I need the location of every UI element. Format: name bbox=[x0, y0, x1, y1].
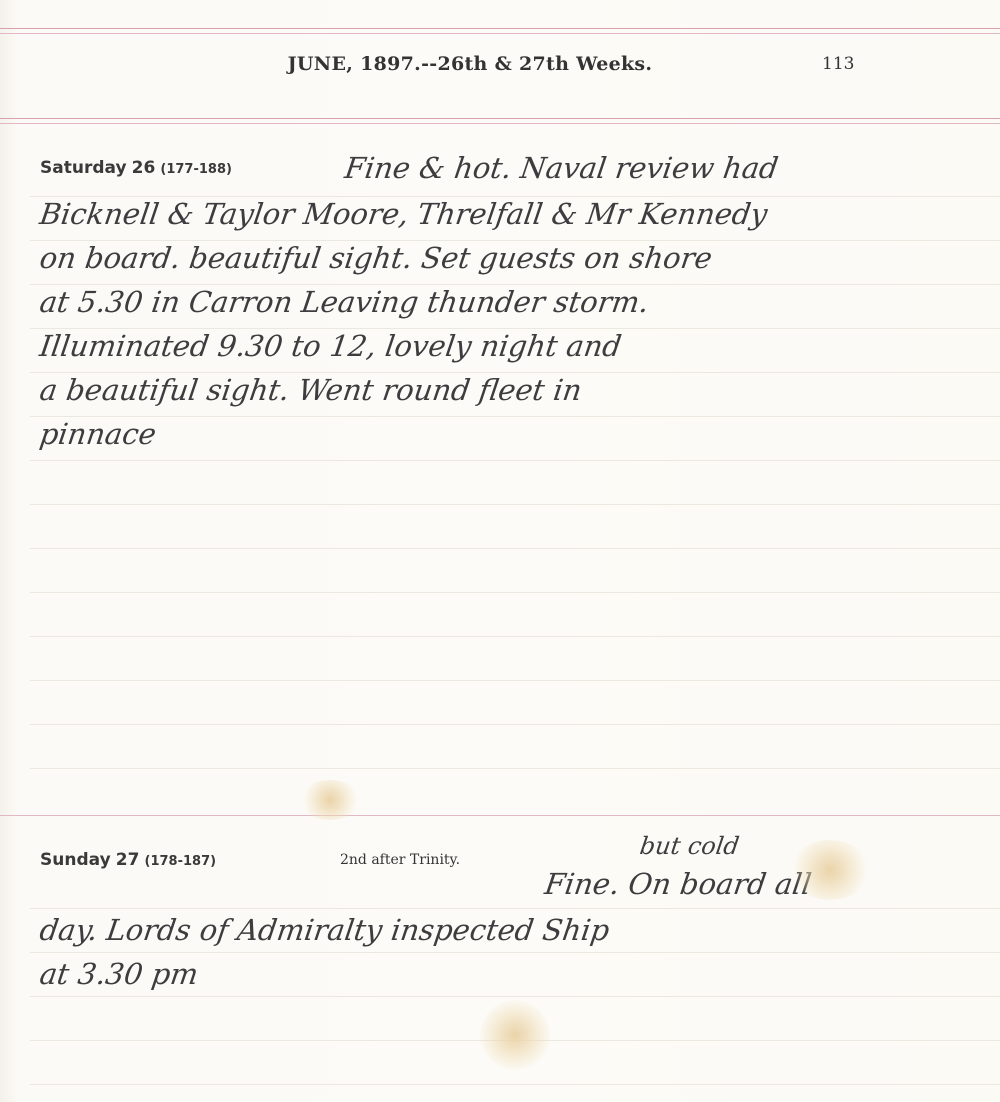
page-title: JUNE, 1897.--26th & 27th Weeks. bbox=[200, 53, 740, 75]
handwriting-line: day. Lords of Admiralty inspected Ship bbox=[37, 912, 611, 948]
handwriting-note: but cold bbox=[637, 828, 741, 864]
ruled-line bbox=[30, 504, 1000, 505]
ruled-line bbox=[30, 416, 1000, 417]
handwriting-line: Illuminated 9.30 to 12, lovely night and bbox=[37, 328, 623, 364]
header-red-rule bbox=[0, 118, 1000, 119]
entry-sunday-label: Sunday 27 (178-187) bbox=[40, 850, 216, 870]
day-name: Saturday bbox=[40, 158, 127, 178]
handwriting-line: Bicknell & Taylor Moore, Threlfall & Mr … bbox=[37, 196, 769, 232]
ruled-line bbox=[30, 768, 1000, 769]
ruled-line bbox=[30, 908, 1000, 909]
day-name: Sunday bbox=[40, 850, 111, 870]
header-red-rule-2 bbox=[0, 123, 1000, 124]
handwriting-line: at 3.30 pm bbox=[37, 956, 200, 992]
handwriting-line: a beautiful sight. Went round fleet in bbox=[37, 372, 584, 408]
ruled-line bbox=[30, 548, 1000, 549]
feast-label: 2nd after Trinity. bbox=[340, 852, 460, 868]
day-date: 27 bbox=[116, 850, 140, 870]
paper-stain bbox=[300, 780, 360, 820]
handwriting-line: Fine. On board all bbox=[542, 866, 813, 902]
ruled-line bbox=[30, 636, 1000, 637]
top-red-rule-2 bbox=[0, 33, 1000, 34]
ruled-line bbox=[30, 996, 1000, 997]
top-red-rule bbox=[0, 28, 1000, 29]
day-date: 26 bbox=[132, 158, 156, 178]
diary-page: JUNE, 1897.--26th & 27th Weeks. 113 Satu… bbox=[0, 0, 1000, 1102]
handwriting-line: at 5.30 in Carron Leaving thunder storm. bbox=[37, 284, 651, 320]
paper-stain bbox=[480, 1000, 550, 1070]
day-range: (178-187) bbox=[145, 854, 217, 869]
handwriting-line: Fine & hot. Naval review had bbox=[342, 150, 780, 186]
handwriting-line: pinnace bbox=[37, 416, 158, 452]
ruled-line bbox=[30, 680, 1000, 681]
ruled-line bbox=[30, 724, 1000, 725]
ruled-line bbox=[30, 592, 1000, 593]
day-divider-rule bbox=[0, 815, 1000, 816]
handwriting-line: on board. beautiful sight. Set guests on… bbox=[37, 240, 714, 276]
ruled-line bbox=[30, 1084, 1000, 1085]
page-number: 113 bbox=[822, 54, 854, 74]
paper-stain bbox=[790, 840, 870, 900]
ruled-line bbox=[30, 952, 1000, 953]
day-range: (177-188) bbox=[160, 162, 232, 177]
entry-saturday-label: Saturday 26 (177-188) bbox=[40, 158, 232, 178]
ruled-line bbox=[30, 460, 1000, 461]
